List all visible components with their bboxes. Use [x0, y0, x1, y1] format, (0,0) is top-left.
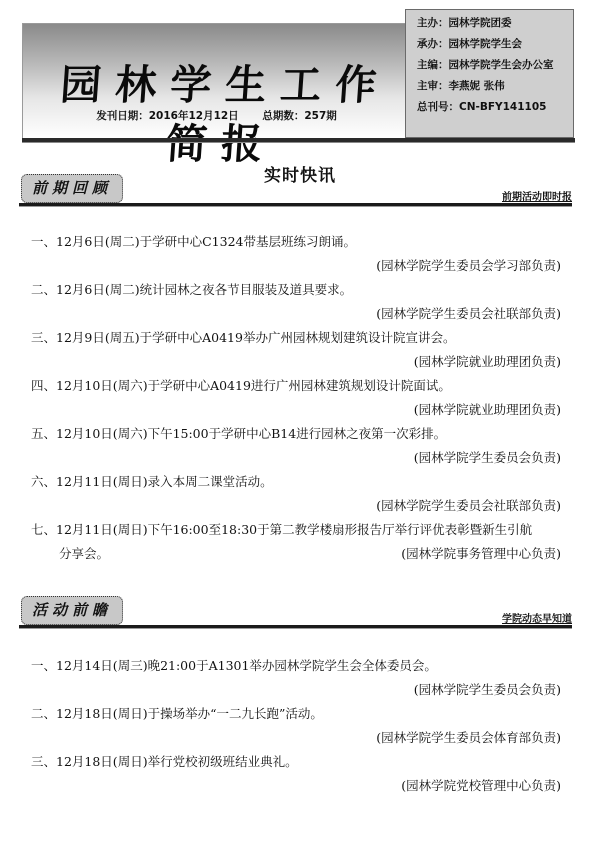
section-subtitle: 学院动态早知道: [502, 610, 572, 625]
info-chief-editor: 主编：园林学院学生会办公室: [406, 55, 573, 76]
section-subtitle: 前期活动即时报: [502, 188, 572, 203]
item-responsible: (园林学院学生委员会学习部负责): [376, 254, 561, 278]
item-text-continuation: 分享会。: [59, 542, 109, 566]
section-header-preview: 活动前瞻 学院动态早知道: [19, 596, 572, 632]
section-divider: [19, 203, 572, 206]
section-tag: 活动前瞻: [21, 596, 123, 625]
item-responsible: (园林学院就业助理团负责): [414, 350, 561, 374]
section-tag: 前期回顾: [21, 174, 123, 203]
list-item: 二、12月6日(周二)统计园林之夜各节目服装及道具要求。 (园林学院学生委员会社…: [31, 278, 561, 326]
info-reviewers: 主审：李燕妮 张伟: [406, 76, 573, 97]
section-header-review: 前期回顾 前期活动即时报: [19, 174, 572, 210]
issue-meta: 发刊日期：2016年12月12日 总期数：257期: [23, 108, 410, 123]
total-issues: 总期数：257期: [262, 110, 336, 122]
item-responsible: (园林学院党校管理中心负责): [401, 774, 561, 798]
item-responsible: (园林学院学生委员会社联部负责): [376, 494, 561, 518]
item-responsible: (园林学院学生委员会社联部负责): [376, 302, 561, 326]
item-text: 三、12月9日(周五)于学研中心A0419举办广州园林规划建筑设计院宣讲会。: [31, 326, 561, 350]
list-item: 一、12月6日(周二)于学研中心C1324带基层班练习朗诵。 (园林学院学生委员…: [31, 230, 561, 278]
item-responsible: (园林学院学生委员会负责): [414, 446, 561, 470]
item-text: 三、12月18日(周日)举行党校初级班结业典礼。: [31, 750, 561, 774]
masthead: 园林学生工作简报 发刊日期：2016年12月12日 总期数：257期 主办：园林…: [22, 23, 573, 144]
info-organizer: 主办：园林学院团委: [406, 13, 573, 34]
publication-info-box: 主办：园林学院团委 承办：园林学院学生会 主编：园林学院学生会办公室 主审：李燕…: [405, 9, 574, 138]
preview-list: 一、12月14日(周三)晚21:00于A1301举办园林学院学生会全体委员会。 …: [31, 654, 561, 798]
issue-date: 发刊日期：2016年12月12日: [96, 110, 238, 122]
item-text: 七、12月11日(周日)下午16:00至18:30于第二教学楼扇形报告厅举行评优…: [31, 518, 561, 542]
item-text: 一、12月14日(周三)晚21:00于A1301举办园林学院学生会全体委员会。: [31, 654, 561, 678]
list-item: 五、12月10日(周六)下午15:00于学研中心B14进行园林之夜第一次彩排。 …: [31, 422, 561, 470]
masthead-divider: [22, 138, 575, 142]
item-responsible: (园林学院学生委员会体育部负责): [376, 726, 561, 750]
list-item: 二、12月18日(周日)于操场举办“一二九长跑”活动。 (园林学院学生委员会体育…: [31, 702, 561, 750]
info-undertaker: 承办：园林学院学生会: [406, 34, 573, 55]
list-item: 三、12月18日(周日)举行党校初级班结业典礼。 (园林学院党校管理中心负责): [31, 750, 561, 798]
item-responsible: (园林学院就业助理团负责): [414, 398, 561, 422]
item-text: 二、12月18日(周日)于操场举办“一二九长跑”活动。: [31, 702, 561, 726]
item-text: 五、12月10日(周六)下午15:00于学研中心B14进行园林之夜第一次彩排。: [31, 422, 561, 446]
section-divider: [19, 625, 572, 628]
item-responsible: (园林学院学生委员会负责): [414, 678, 561, 702]
item-text: 二、12月6日(周二)统计园林之夜各节目服装及道具要求。: [31, 278, 561, 302]
list-item: 六、12月11日(周日)录入本周二课堂活动。 (园林学院学生委员会社联部负责): [31, 470, 561, 518]
item-text: 一、12月6日(周二)于学研中心C1324带基层班练习朗诵。: [31, 230, 561, 254]
item-text: 六、12月11日(周日)录入本周二课堂活动。: [31, 470, 561, 494]
info-serial-number: 总刊号：CN-BFY141105: [406, 97, 573, 118]
item-responsible: (园林学院事务管理中心负责): [401, 542, 561, 566]
title-box: 园林学生工作简报 发刊日期：2016年12月12日 总期数：257期: [22, 23, 410, 138]
list-item: 一、12月14日(周三)晚21:00于A1301举办园林学院学生会全体委员会。 …: [31, 654, 561, 702]
list-item: 七、12月11日(周日)下午16:00至18:30于第二教学楼扇形报告厅举行评优…: [31, 518, 561, 566]
item-text: 四、12月10日(周六)于学研中心A0419进行广州园林建筑规划设计院面试。: [31, 374, 561, 398]
list-item: 四、12月10日(周六)于学研中心A0419进行广州园林建筑规划设计院面试。 (…: [31, 374, 561, 422]
review-list: 一、12月6日(周二)于学研中心C1324带基层班练习朗诵。 (园林学院学生委员…: [31, 230, 561, 566]
list-item: 三、12月9日(周五)于学研中心A0419举办广州园林规划建筑设计院宣讲会。 (…: [31, 326, 561, 374]
